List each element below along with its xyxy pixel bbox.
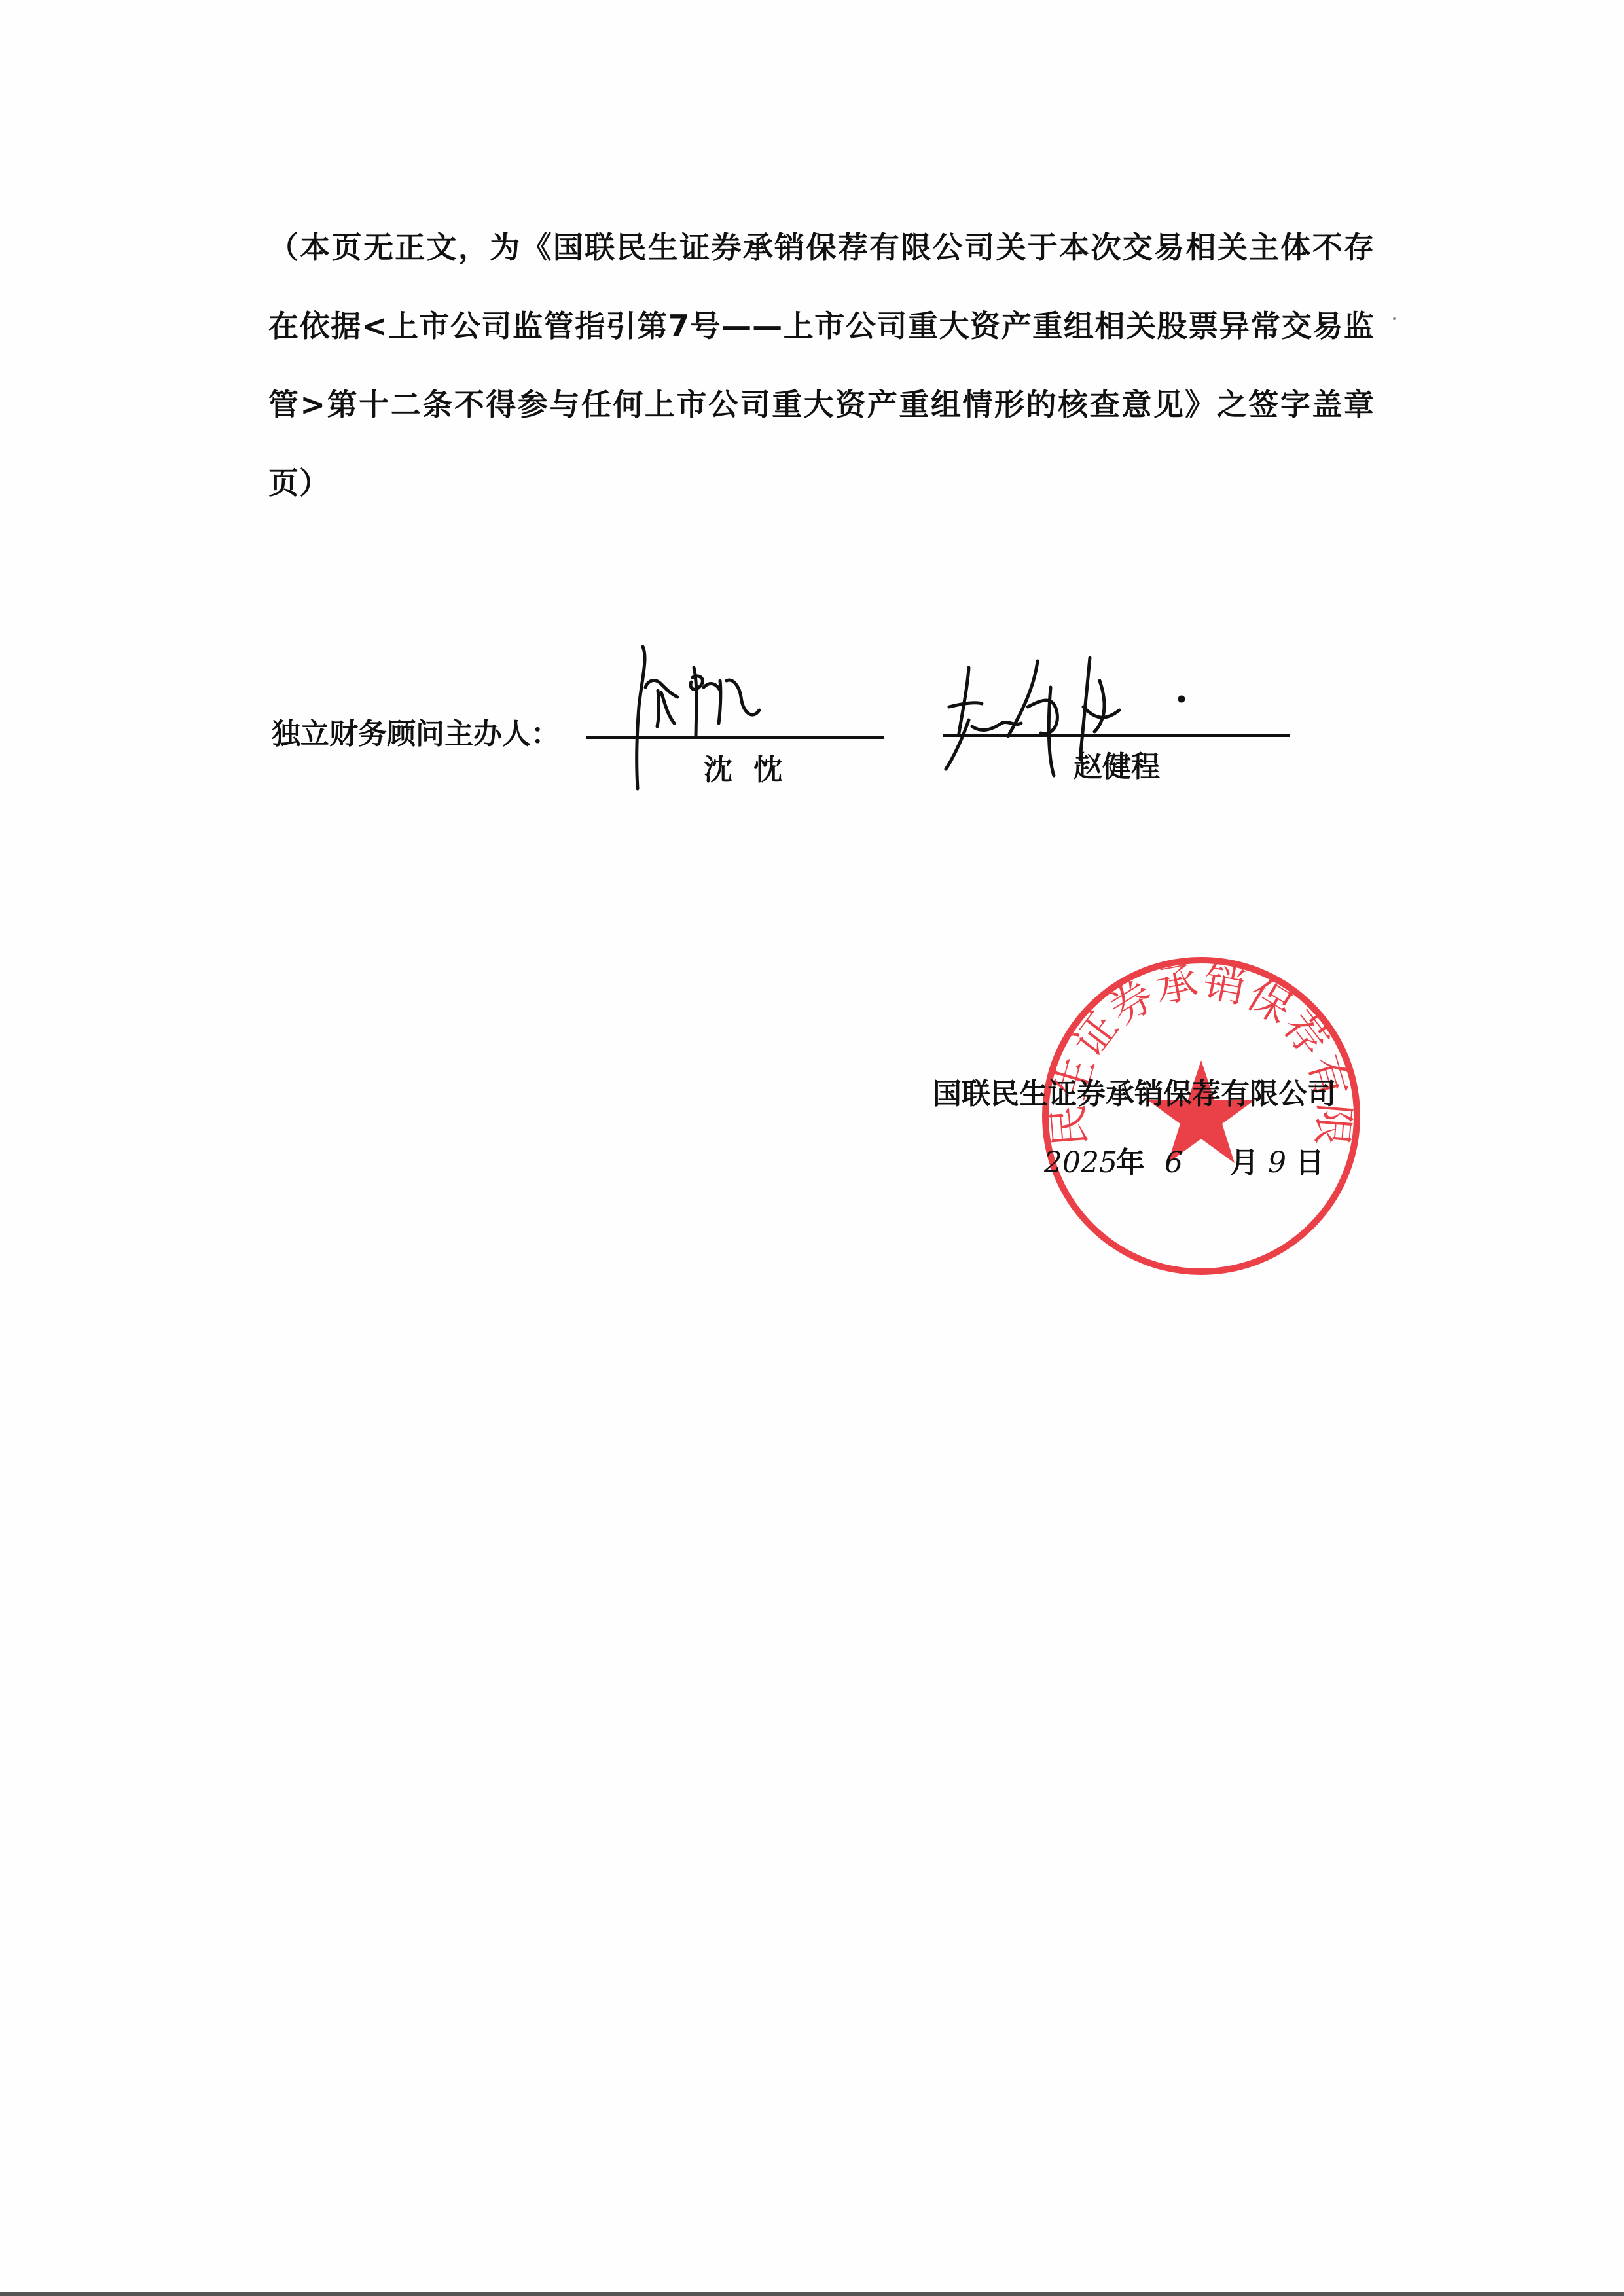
scan-artifact — [1393, 317, 1396, 320]
date-month-handwritten: 6 — [1164, 1146, 1230, 1179]
date-year-suffix: 年 — [1116, 1139, 1145, 1181]
sign-date: 2025 年 6 月 9 日 — [1044, 1139, 1324, 1181]
printed-name-2: 赵健程 — [1074, 743, 1160, 785]
date-day-handwritten: 9 — [1259, 1146, 1295, 1179]
date-day-suffix: 日 — [1295, 1139, 1324, 1181]
company-name: 国联民生证券承销保荐有限公司 — [933, 1070, 1336, 1112]
signatory-label: 独立财务顾问主办人： — [272, 710, 560, 752]
scan-edge — [0, 2292, 1624, 2296]
printed-name-1: 沈忱 — [704, 746, 803, 788]
date-month-suffix: 月 — [1230, 1139, 1259, 1181]
date-year-handwritten: 2025 — [1044, 1146, 1116, 1179]
note-paragraph: （本页无正文，为《国联民生证券承销保荐有限公司关于本次交易相关主体不存在依据<上… — [268, 208, 1375, 522]
company-seal: 国联民生证券承销保荐有限公司 — [1031, 946, 1371, 1286]
